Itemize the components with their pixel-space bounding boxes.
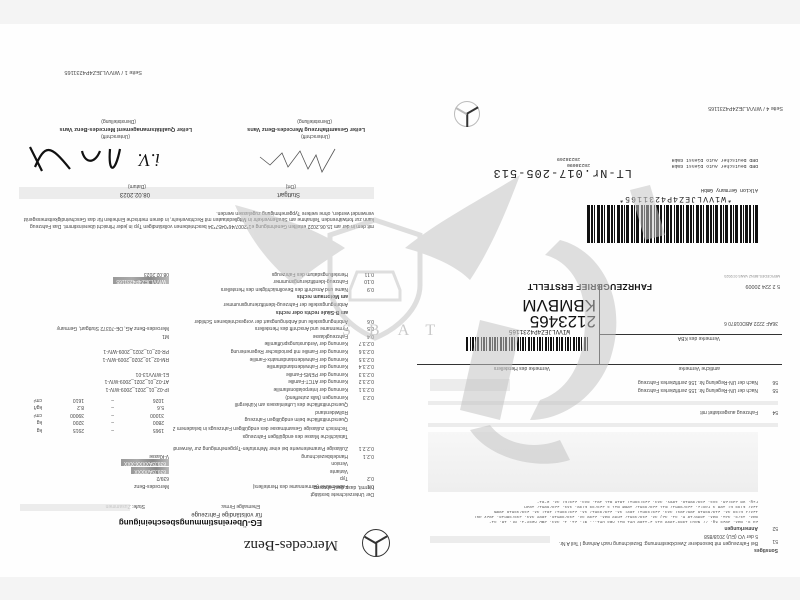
field-row: 0.2.2.1Zulässige Parameterwerte bei eine…: [24, 444, 374, 451]
field-number: 0.2: [350, 475, 374, 482]
field-label: Version: [173, 460, 348, 467]
field-label: Querschnittsfläche beim endgültigen Fahr…: [173, 416, 348, 423]
company-line: Alkion Germany GmbH: [701, 187, 758, 193]
document-subtitle: für vollständige Fahrzeuge: [191, 510, 262, 517]
mass-max: 2915: [73, 427, 84, 433]
mercedes-star-icon: [362, 529, 390, 557]
row-56-num: 56: [772, 378, 778, 385]
signature-1-role: Leiter Gesamtfahrzeug Mercedes-Benz Vans: [247, 125, 365, 132]
vin-barcode-text: *W1VVLJEZ4P4231165*: [618, 194, 732, 203]
field-row: 0.2Typ639/2: [24, 474, 374, 481]
field-label: Kennung der Familie mit periodischer Reg…: [173, 347, 348, 354]
row-51-num: 51: [772, 537, 778, 544]
date: 08.02.2023: [120, 190, 150, 197]
vin-barcode: [586, 205, 758, 243]
field-number: 0.1: [350, 482, 374, 489]
field-number: 0.9: [350, 285, 374, 292]
mass-dash: –: [111, 412, 114, 418]
field-label: Anbringungsstelle der Fahrzeug-Identifiz…: [173, 300, 348, 307]
dealer-line-1: DRD Deutscher Auto Dienst GmbH: [672, 163, 758, 168]
mass-unit: cm²: [34, 397, 42, 403]
mass-min: 2800: [153, 419, 164, 425]
field-value: Mercedes-Benz: [134, 482, 169, 489]
mass-unit: kg: [37, 419, 42, 425]
field-label: Typ: [173, 475, 348, 482]
signature-1: [250, 142, 340, 177]
field-value: RM-02_10_2020_2009-WIV-1: [103, 355, 169, 362]
remarks-line: max. 1475. 431. max. 1890/10 R. 41. 42) …: [428, 513, 758, 518]
mass-unit: cm²: [34, 412, 42, 418]
dealer-code-1: 28238090: [567, 162, 590, 167]
section-sonstiges: Sonstiges: [754, 546, 778, 553]
field-label: Variante: [173, 467, 348, 474]
svg-text:i.V.: i.V.: [137, 150, 160, 170]
mass-min: 1965: [153, 427, 164, 433]
mercedes-logo: [362, 529, 390, 557]
field-label: Firmenname und Anschrift des Herstellers: [173, 325, 348, 332]
field-number: 0.2.3.1: [350, 385, 374, 392]
field-label: Kennung der ATCT-Familie: [173, 378, 348, 385]
field-value: IP-02_01_2021_2009-WIV-1: [106, 385, 169, 392]
mass-max: 8.2: [77, 404, 84, 410]
field-number: 0.2.3.5: [350, 355, 374, 362]
kba-reference: 36AF 2222 ABD01870 6: [724, 319, 778, 326]
remarks-line: Fzg. UN 235/ZR. 4x4. 245/50R18. 100V. 4x…: [428, 498, 758, 503]
signature-2-label: (Unterschrift): [101, 132, 130, 139]
mass-min: 1026: [153, 397, 164, 403]
field-row: 0.2.3.1Kennung der Interpolationsfamilie…: [24, 385, 374, 392]
field-value: WIVVLJEZ4P4231165: [113, 277, 169, 284]
field-label: am B-Säule rechts oder rechts: [173, 308, 348, 315]
mass-min: 31000: [150, 412, 164, 418]
field-number: 0.2.3.6: [350, 347, 374, 354]
mass-dash: –: [111, 404, 114, 410]
field-value: Mercedes-Benz AG, DE-70372 Stuttgart, Ge…: [57, 325, 169, 332]
field-label: Querschnittsfläche des Lufteinlasses am …: [173, 401, 348, 408]
field-label: Kennungen (falls zutreffend): [173, 393, 348, 400]
signature-2-position-label: (Dienststellung): [101, 117, 136, 124]
field-value: 639J3AXXXX-XXX: [121, 459, 169, 466]
mercedes-star-faint: [454, 101, 480, 127]
field-row: am B-Säule rechts oder rechts: [24, 308, 374, 315]
field-row: Version639J3AXXXX-XXX: [24, 459, 374, 466]
remarks-line: 12x7 ET55 ET 100 4 Fahrz. 225/60R17 mit …: [428, 503, 758, 508]
field-label: Tatsächliche Masse des endgültigen Fahrz…: [173, 432, 348, 439]
field-label: Anbringungsstelle und Anbringungsart der…: [173, 317, 348, 324]
field-label: Kennung der Interpolationsfamilie: [173, 385, 348, 392]
mass-dash: –: [111, 419, 114, 425]
mass-dash: –: [111, 427, 114, 433]
mass-max: 39000: [70, 412, 84, 418]
field-number: 0.2.3.2: [350, 378, 374, 385]
field-value: 639/2: [156, 475, 169, 482]
field-row: Variante639J3A/XXXX: [24, 467, 374, 474]
field-number: 0.11: [350, 270, 374, 277]
field-label: Fahrzeugklasse: [173, 332, 348, 339]
remarks-line: Zu 5. max. 3025 kg. // Nach 1985-1999 bi…: [428, 518, 758, 523]
field-label: Fahrzeug-Identifizierungsnummer: [173, 278, 348, 285]
mass-table-row: 31000–39000cm²: [32, 411, 172, 418]
field-value: 08.02.2023: [144, 270, 169, 277]
registration-number: 2123465: [530, 313, 596, 329]
row-54-num: 54: [772, 408, 778, 415]
dealer-code-2: 28238269: [557, 156, 580, 161]
field-label: Kennung der Fahrwiderstandsmatrix-Famili…: [173, 355, 348, 362]
field-value: E1-WIVV13-01: [136, 370, 169, 377]
vehicle-title-page: Sonstiges 51 Bei Fahrzeugen mit besonder…: [400, 24, 800, 577]
field-row: 0.2.3.6Kennung der Familie mit periodisc…: [24, 347, 374, 354]
field-row: 0.5Firmenname und Anschrift des Herstell…: [24, 324, 374, 331]
field-label: Handelsbezeichnung: [173, 452, 348, 459]
place: Stuttgart: [277, 190, 300, 197]
field-number: 0.2.1: [350, 452, 374, 459]
mass-table-row: 1965–2915kg: [32, 426, 172, 433]
field-row: 0.2.3.5Kennung der Fahrwiderstandsmatrix…: [24, 355, 374, 362]
row-52-num: 52: [772, 524, 778, 531]
row-56-label: Nach der UN-Regelung Nr. 156 zertifizier…: [638, 378, 758, 385]
field-label: Kennung der PEMS-Familie: [173, 370, 348, 377]
remarks-blank-area: [428, 432, 758, 492]
mass-table-row: 1026–1610cm²: [32, 396, 172, 403]
mercedes-star-icon: [454, 101, 480, 127]
field-row: 0.2.3.3Kennung der PEMS-FamilieE1-WIVV13…: [24, 370, 374, 377]
title-created-status: FAHRZEUGBRIEF ERSTELLT: [528, 282, 653, 292]
field-row: 0.4FahrzeugklasseM1: [24, 332, 374, 339]
mass-table-row: 5.6–8.2kg/t: [32, 403, 172, 410]
document-number: 5 2 224 20009: [746, 282, 780, 289]
mass-dash: –: [111, 397, 114, 403]
brand-name: Mercedes-Benz: [244, 536, 338, 553]
date-label: (Datum): [128, 182, 146, 189]
signature-1-position-label: (Dienststellung): [297, 117, 332, 124]
field-row: Anbringungsstelle der Fahrzeug-Identifiz…: [24, 300, 374, 307]
kba-vermerke-label: Vermerke des KBA: [678, 334, 720, 341]
dealer-line-2: DRD Deutscher Auto Dienst GmbH: [672, 157, 758, 162]
field-value: AT-02_01_2021_2009-WIV-1: [105, 378, 169, 385]
row-51-label: Bei Fahrzeugen mit besonderer Zweckbesti…: [558, 533, 758, 546]
signature-2: i.V.: [20, 139, 170, 179]
field-label: Fabrikmarke (Firmenname des Herstellers): [173, 482, 348, 489]
mass-max: 3200: [73, 419, 84, 425]
field-label: Rollwiderstand: [173, 408, 348, 415]
field-number: 0.2.3.4: [350, 363, 374, 370]
registration-code: KBMBVM: [522, 297, 596, 313]
row-54-label: Fahrzeug ausgestattet mit: [700, 408, 758, 415]
page-footer: Seite 4 / WIVVLJEZ4P4231165: [708, 104, 783, 111]
field-label: Name und Anschrift des Bevollmächtigten …: [173, 285, 348, 292]
field-row: 0.2.3.4Kennung der Fahrwiderstandsfamili…: [24, 362, 374, 369]
coc-document-page: Mercedes-Benz EG-Übereinstimmungsbeschei…: [0, 24, 400, 577]
field-number: 0.2.3.3: [350, 370, 374, 377]
field-row: 0.2.1HandelsbezeichnungV-Klasse: [24, 452, 374, 459]
signature-1-label: (Unterschrift): [301, 132, 330, 139]
field-row: 0.6Anbringungsstelle und Anbringungsart …: [24, 317, 374, 324]
field-label: Kennung der Fahrwiderstandsfamilie: [173, 363, 348, 370]
amtliche-vermerke-label: amtliche Vermerke: [679, 364, 720, 371]
field-number: 0.2.3: [350, 393, 374, 400]
field-row: 0.11Herstellungsdatum des Fahrzeugs08.02…: [24, 270, 374, 277]
remarks-text: Zu 5. max. 3025 kg. // Nach 1985-1999 bi…: [428, 498, 758, 523]
field-label: Kennung der Verdunstungsprüffamilie: [173, 340, 348, 347]
field-number: 0.4: [350, 332, 374, 339]
field-row: 0.1Fabrikmarke (Firmenname des Herstelle…: [24, 482, 374, 489]
conformity-statement: mit dem in der am 15.06.2022 erteilten G…: [19, 209, 374, 229]
hersteller-vermerke-label: Vermerke des Herstellers: [494, 364, 550, 371]
signature-2-role: Leiter Qualitätsmanagement Mercedes-Benz…: [60, 125, 192, 132]
field-value: M1: [162, 332, 169, 339]
mass-min: 5.6: [157, 404, 164, 410]
field-number: 0.6: [350, 317, 374, 324]
field-row: am Motorraum rechts: [24, 292, 374, 299]
row-55-label: Nach der UN-Regelung Nr. 155 zertifizier…: [638, 386, 758, 393]
field-row: 0.2.3.2Kennung der ATCT-FamilieAT-02_01_…: [24, 377, 374, 384]
field-number: 0.10: [350, 278, 374, 285]
field-label: Herstellungsdatum des Fahrzeugs: [173, 270, 348, 277]
document-title: EG-Übereinstimmungsbescheinigung: [119, 518, 262, 527]
place-label: (Ort): [286, 182, 296, 189]
tiny-stamp: MERCEDES-BENZ VANS 07/2023: [724, 272, 780, 279]
mass-unit: kg/t: [34, 404, 42, 410]
field-number: 0.2.2.1: [350, 444, 374, 451]
field-row: Tatsächliche Masse des endgültigen Fahrz…: [24, 432, 374, 439]
field-number: 0.2.3.7: [350, 340, 374, 347]
field-value: 639J3A/XXXX: [131, 467, 169, 474]
row-55-num: 55: [772, 386, 778, 393]
page-footer: Seite 1 / WIVVLJEZ4P4231165: [64, 68, 142, 75]
barcode-small: [465, 337, 588, 351]
field-label: Technisch zulässige Gesamtmasse des endg…: [173, 425, 348, 432]
lt-number: LT-Nr.017-205-513: [493, 166, 632, 180]
field-number: 0.5: [350, 325, 374, 332]
mass-max: 1610: [73, 397, 84, 403]
mass-unit: kg: [37, 427, 42, 433]
field-label: Zulässige Parameterwerte bei einer Mehrs…: [173, 444, 348, 451]
field-value: V-Klasse: [149, 452, 169, 459]
header-meta-1: Ehemalige Firma:: [221, 502, 260, 509]
field-row: 0.9Name und Anschrift des Bevollmächtigt…: [24, 285, 374, 292]
field-row: 0.2.3.7Kennung der Verdunstungsprüffamil…: [24, 339, 374, 346]
field-value: PR-02_01_2021_2009-WIV-1: [103, 347, 169, 354]
row-52-label: Anmerkungen: [724, 524, 758, 531]
mass-table-row: 2800–3200kg: [32, 418, 172, 425]
field-label: am Motorraum rechts: [173, 293, 348, 300]
field-row: 0.10Fahrzeug-IdentifizierungsnummerWIVVL…: [24, 277, 374, 284]
